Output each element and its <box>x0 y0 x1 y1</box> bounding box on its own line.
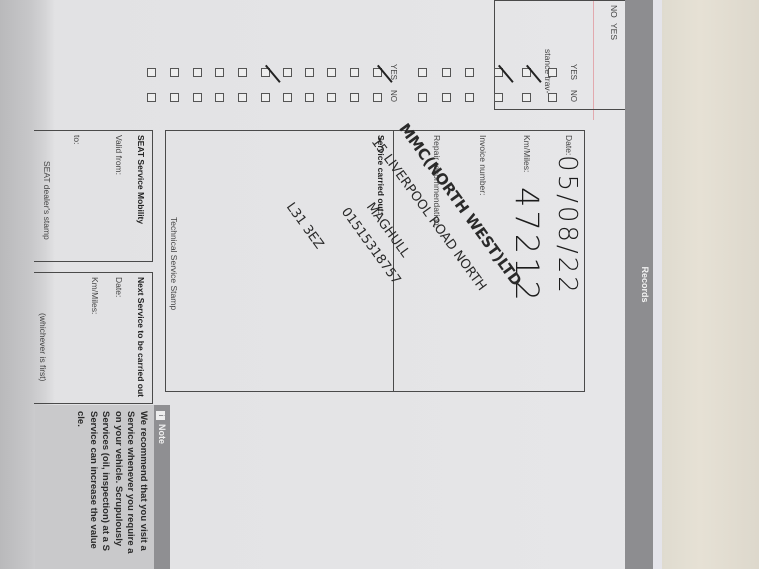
valid-from-label: Valid from: <box>114 135 124 175</box>
checkbox-no[interactable] <box>283 93 292 102</box>
service-record-page: Records YES NO stance trav- Date: 05/08/… <box>35 0 625 569</box>
column-header: YES <box>389 64 398 80</box>
dealer-stamp-label: SEAT dealer's stamp <box>42 161 52 240</box>
checkbox-no[interactable] <box>327 93 336 102</box>
technical-stamp-label: Technical Service Stamp <box>169 217 179 310</box>
checkbox-yes[interactable] <box>327 68 336 77</box>
checkbox-yes[interactable] <box>238 68 247 77</box>
checklist-left: YES NO stance trav- <box>494 0 625 110</box>
next-service-box: Next Service to be carried out Date: Km/… <box>34 272 153 404</box>
column-header: NO <box>389 90 398 102</box>
checkbox-no[interactable] <box>548 93 557 102</box>
checkbox-no[interactable] <box>238 93 247 102</box>
date-value: 05/08/22 <box>552 155 582 296</box>
checkbox-no[interactable] <box>193 93 202 102</box>
date-label: Date: <box>564 135 574 155</box>
km-label: Km/Miles: <box>522 135 532 172</box>
mobility-title: SEAT Service Mobility <box>136 135 146 224</box>
checkbox-yes[interactable] <box>215 68 224 77</box>
column-header: NO <box>569 90 578 102</box>
checkbox-yes[interactable] <box>170 68 179 77</box>
checkbox-yes[interactable] <box>548 68 557 77</box>
checkbox-yes[interactable] <box>305 68 314 77</box>
checkbox-yes[interactable] <box>147 68 156 77</box>
checkbox-no[interactable] <box>305 93 314 102</box>
checkbox-no[interactable] <box>215 93 224 102</box>
info-icon: i <box>156 411 165 420</box>
invoice-label: Invoice number: <box>478 135 488 195</box>
note-header: iNote <box>154 405 170 569</box>
checkbox-no[interactable] <box>442 93 451 102</box>
note-body: We recommend that you visit a Service wh… <box>69 405 154 569</box>
checkbox-no[interactable] <box>147 93 156 102</box>
checkbox-no[interactable] <box>373 93 382 102</box>
column-header: YES <box>569 64 578 80</box>
checkbox-yes[interactable] <box>350 68 359 77</box>
note-box: iNote We recommend that you visit a Serv… <box>35 405 170 569</box>
checkbox-yes[interactable] <box>418 68 427 77</box>
to-label: to: <box>72 135 82 144</box>
checkbox-no[interactable] <box>494 93 503 102</box>
checkbox-no[interactable] <box>170 93 179 102</box>
checkbox-yes[interactable] <box>283 68 292 77</box>
section-tab: Records <box>637 0 653 569</box>
next-km-label: Km/Miles: <box>90 277 100 314</box>
checkbox-no[interactable] <box>465 93 474 102</box>
yes-header: YES <box>609 23 619 40</box>
checkbox-no[interactable] <box>522 93 531 102</box>
checkbox-yes[interactable] <box>193 68 202 77</box>
mobility-box: SEAT Service Mobility Valid from: to: SE… <box>34 130 153 262</box>
whichever-first-note: (whichever is first) <box>38 313 48 381</box>
checkbox-yes[interactable] <box>442 68 451 77</box>
next-date-label: Date: <box>114 277 124 297</box>
checkbox-no[interactable] <box>418 93 427 102</box>
checkbox-no[interactable] <box>350 93 359 102</box>
checkbox-yes[interactable] <box>465 68 474 77</box>
next-service-title: Next Service to be carried out <box>136 277 146 397</box>
no-header: NO <box>609 5 619 18</box>
note-title: Note <box>157 424 167 444</box>
checkbox-no[interactable] <box>261 93 270 102</box>
